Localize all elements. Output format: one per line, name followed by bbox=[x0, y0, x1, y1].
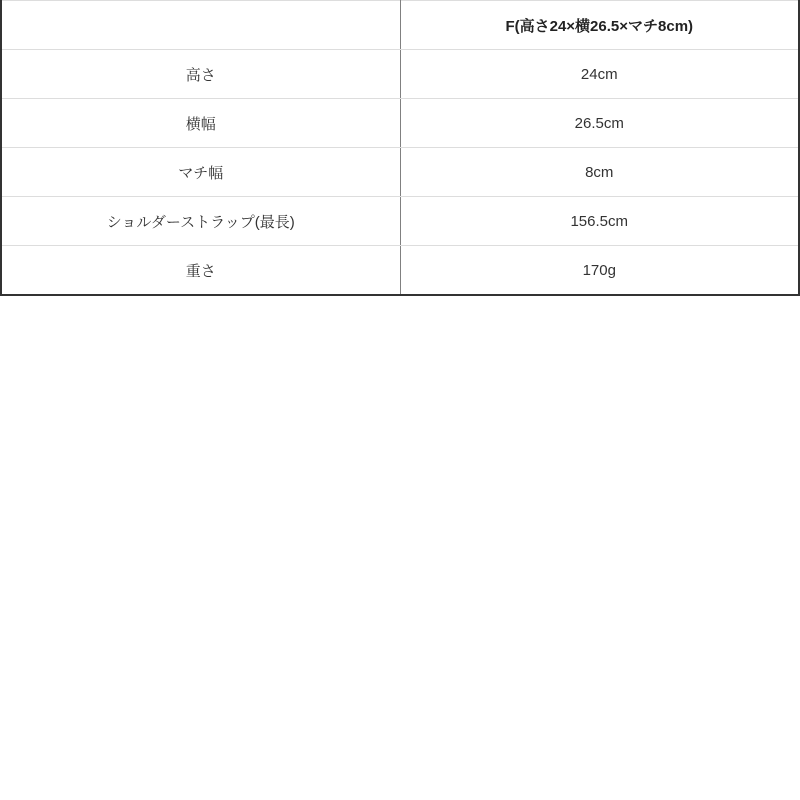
header-row: F(高さ24×横26.5×マチ8cm) bbox=[1, 1, 799, 50]
table-row-gusset: マチ幅 8cm bbox=[1, 148, 799, 197]
page: F(高さ24×横26.5×マチ8cm) 高さ 24cm 横幅 26.5cm マチ… bbox=[0, 0, 800, 800]
spec-table-header: F(高さ24×横26.5×マチ8cm) bbox=[1, 1, 799, 50]
row-label: 高さ bbox=[1, 50, 400, 99]
row-value: 24cm bbox=[400, 50, 799, 99]
header-corner-cell bbox=[1, 1, 400, 50]
header-size-cell: F(高さ24×横26.5×マチ8cm) bbox=[400, 1, 799, 50]
row-label: 重さ bbox=[1, 246, 400, 296]
table-row-shoulder-strap: ショルダーストラップ(最長) 156.5cm bbox=[1, 197, 799, 246]
row-label: マチ幅 bbox=[1, 148, 400, 197]
row-value: 170g bbox=[400, 246, 799, 296]
table-row-width: 横幅 26.5cm bbox=[1, 99, 799, 148]
row-label: 横幅 bbox=[1, 99, 400, 148]
product-spec-table: F(高さ24×横26.5×マチ8cm) 高さ 24cm 横幅 26.5cm マチ… bbox=[0, 0, 800, 296]
table-row-weight: 重さ 170g bbox=[1, 246, 799, 296]
row-value: 8cm bbox=[400, 148, 799, 197]
row-value: 26.5cm bbox=[400, 99, 799, 148]
spec-table-body: 高さ 24cm 横幅 26.5cm マチ幅 8cm ショルダーストラップ(最長)… bbox=[1, 50, 799, 296]
table-row-height: 高さ 24cm bbox=[1, 50, 799, 99]
row-value: 156.5cm bbox=[400, 197, 799, 246]
row-label: ショルダーストラップ(最長) bbox=[1, 197, 400, 246]
